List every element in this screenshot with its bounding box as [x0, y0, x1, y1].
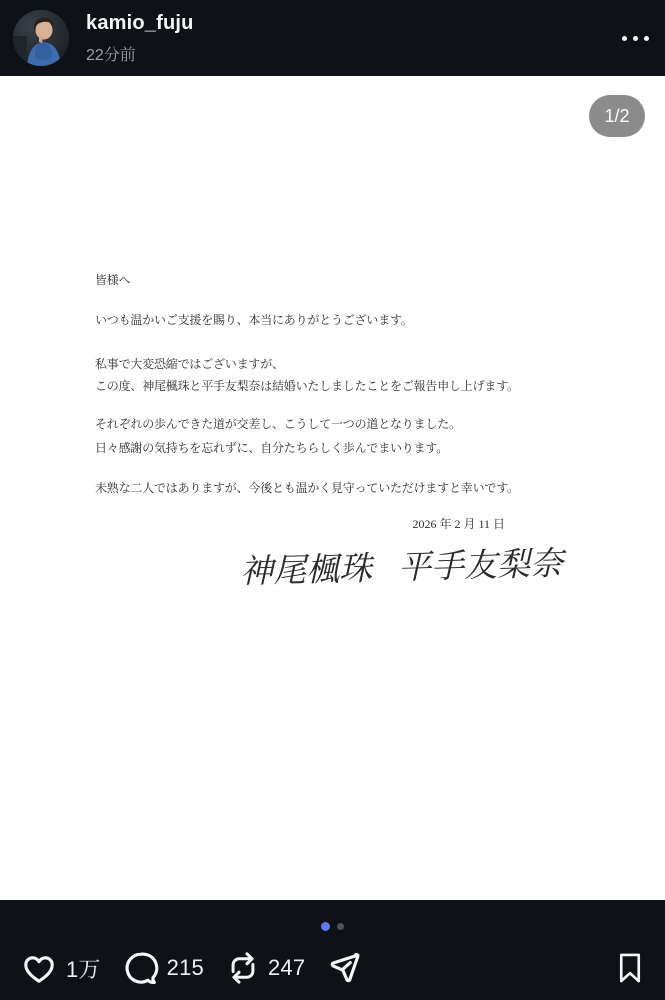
repost-icon [226, 950, 260, 986]
comment-button[interactable]: 215 [123, 950, 204, 986]
carousel-pagination-dots [0, 921, 665, 931]
pagination-dot-inactive [337, 923, 344, 930]
carousel-image[interactable]: 1/2 皆様へ いつも温かいご支援を賜り、本当にありがとうございます。 私事で大… [0, 76, 665, 900]
letter-line-gratitude: 日々感謝の気持ちを忘れずに、自分たちらしく歩んでまいります。 [95, 441, 448, 455]
letter-line-private: 私事で大変恐縮ではございますが、 [95, 357, 284, 371]
page-counter-badge: 1/2 [589, 95, 645, 137]
bookmark-icon [615, 950, 645, 986]
action-bar: 1万 215 247 [20, 948, 645, 988]
post-header: kamio_fuju 22分前 [0, 0, 665, 76]
letter-line-closing: 未熟な二人ではありますが、今後とも温かく見守っていただけますと幸いです。 [95, 481, 519, 495]
timestamp: 22分前 [86, 42, 136, 65]
comment-icon [123, 950, 159, 986]
repost-button[interactable]: 247 [226, 950, 305, 986]
more-options-icon[interactable] [613, 26, 649, 50]
letter-date: 2026 年 2 月 11 日 [95, 517, 505, 531]
avatar[interactable] [13, 10, 69, 66]
letter-line-thanks: いつも温かいご支援を賜り、本当にありがとうございます。 [95, 313, 413, 327]
letter-line-announcement: この度、神尾楓珠と平手友梨奈は結婚いたしましたことをご報告申し上げます。 [95, 379, 519, 393]
handwritten-signatures: 神尾楓珠 平手友梨奈 [240, 544, 531, 592]
avatar-image [13, 10, 69, 66]
share-icon [327, 950, 363, 986]
post-footer: 1万 215 247 [0, 900, 665, 1000]
repost-count: 247 [268, 955, 305, 981]
share-button[interactable] [327, 950, 363, 986]
like-button[interactable]: 1万 [20, 950, 101, 986]
letter-greeting: 皆様へ [95, 273, 130, 287]
signature-name-kamio: 神尾楓珠 [240, 548, 373, 591]
username[interactable]: kamio_fuju [86, 12, 194, 35]
like-count: 1万 [66, 953, 101, 984]
letter-line-paths: それぞれの歩んできた道が交差し、こうして一つの道となりました。 [95, 417, 461, 431]
pagination-dot-active [321, 922, 330, 931]
signature-name-hirate: 平手友梨奈 [397, 543, 563, 587]
comment-count: 215 [167, 955, 204, 981]
save-button[interactable] [615, 950, 645, 986]
heart-icon [20, 950, 58, 986]
